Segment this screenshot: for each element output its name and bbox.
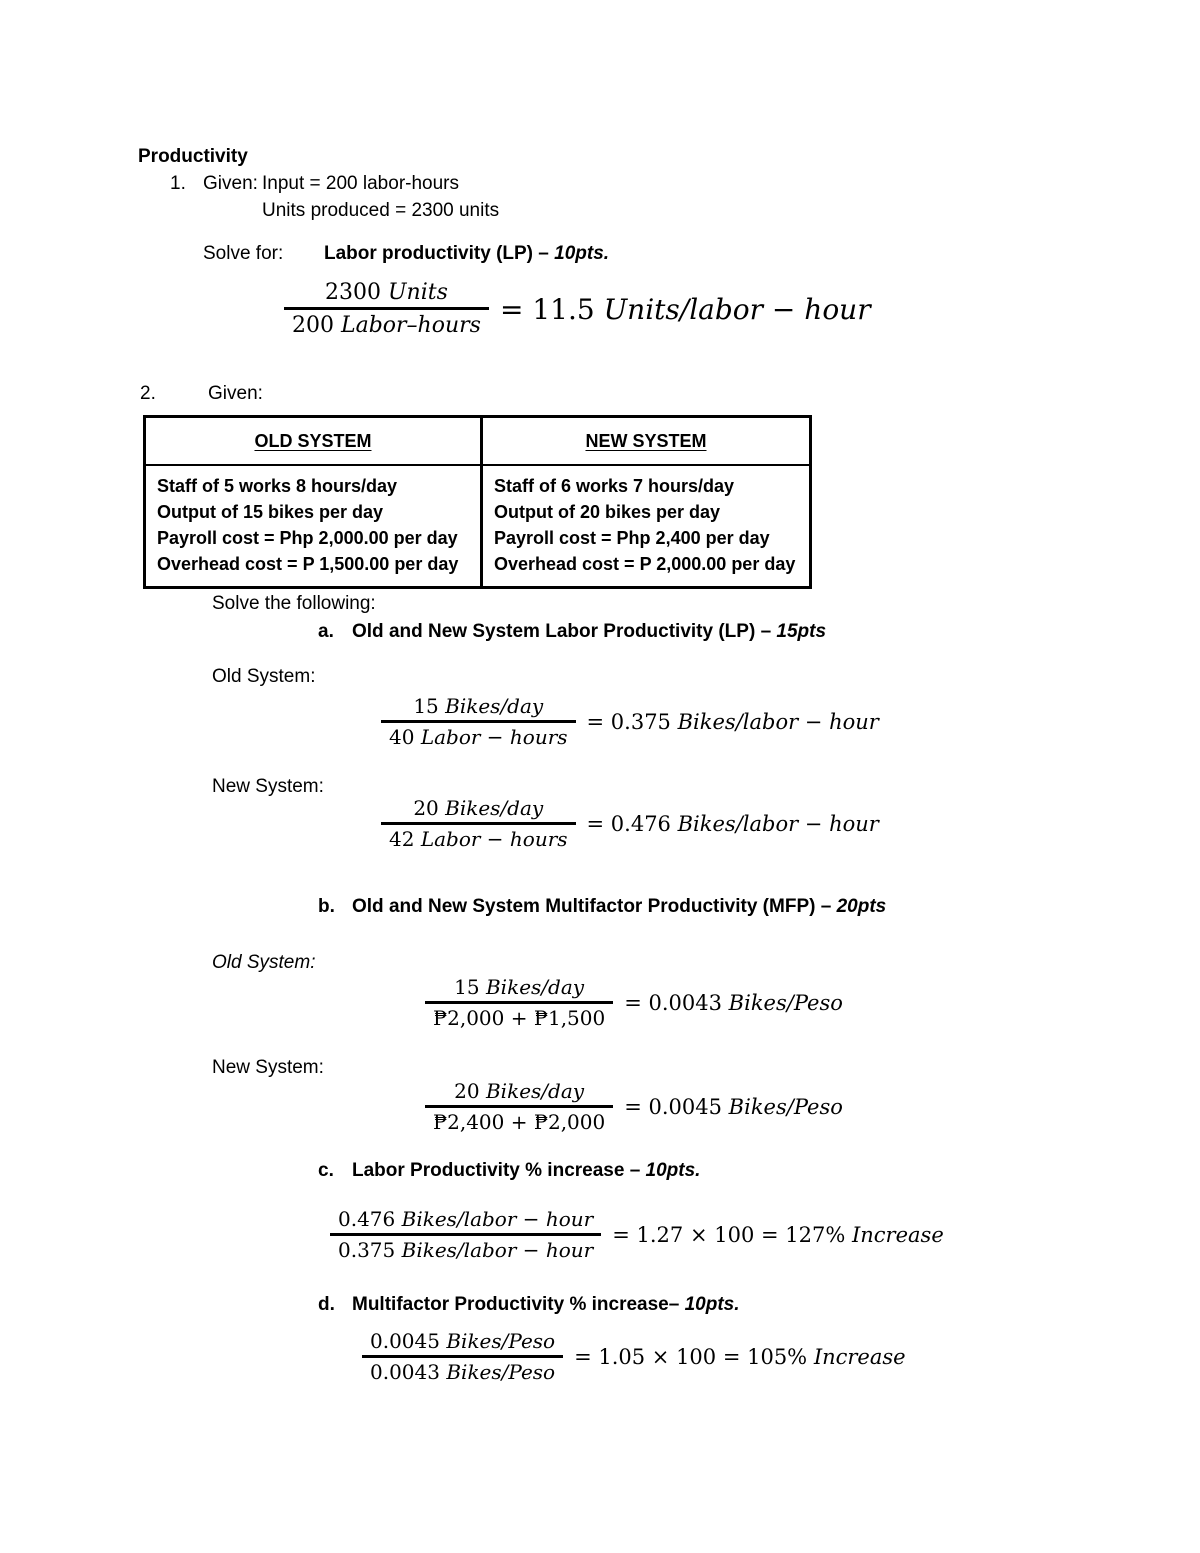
equation-numerator: 15 Bikes/day — [425, 976, 613, 1004]
equation-result: = 0.375 Bikes/labor − hour — [587, 710, 879, 734]
old-system-line-1: Staff of 5 works 8 hours/day — [157, 473, 468, 499]
equation-denominator: 40 Labor − hours — [381, 723, 576, 749]
problem1-task-points: 10pts. — [554, 243, 609, 264]
part-b-heading: Old and New System Multifactor Productiv… — [352, 896, 886, 918]
document-page: Productivity 1. Given: Input = 200 labor… — [0, 0, 1200, 1553]
problem1-given-line-2: Units produced = 2300 units — [262, 200, 499, 222]
equation-mfp-old-system: 15 Bikes/day ₱2,000 + ₱1,500 = 0.0043 Bi… — [425, 976, 843, 1030]
equation-denominator: 0.375 Bikes/labor − hour — [330, 1236, 601, 1262]
page-title: Productivity — [138, 146, 248, 168]
systems-comparison-table: OLD SYSTEM NEW SYSTEM Staff of 5 works 8… — [143, 415, 812, 589]
problem1-task: Labor productivity (LP) – 10pts. — [324, 243, 609, 265]
solve-following-label: Solve the following: — [212, 593, 376, 615]
equation-mfp-percent-increase: 0.0045 Bikes/Peso 0.0043 Bikes/Peso = 1.… — [362, 1330, 906, 1384]
new-system-line-3: Payroll cost = Php 2,400 per day — [494, 525, 797, 551]
table-header-old-system: OLD SYSTEM — [146, 418, 483, 466]
problem2-given-label: Given: — [208, 383, 263, 405]
equation-result: = 0.0045 Bikes/Peso — [624, 1095, 843, 1119]
equation-numerator: 20 Bikes/day — [425, 1080, 613, 1108]
old-system-line-2: Output of 15 bikes per day — [157, 499, 468, 525]
equation-numerator: 20 Bikes/day — [381, 797, 576, 825]
fraction: 0.0045 Bikes/Peso 0.0043 Bikes/Peso — [362, 1330, 563, 1384]
new-system-label-b: New System: — [212, 1057, 324, 1079]
equation-numerator: 15 Bikes/day — [381, 695, 576, 723]
part-c-letter: c. — [318, 1160, 334, 1182]
equation-denominator: ₱2,000 + ₱1,500 — [425, 1004, 613, 1030]
table-cell-new-system: Staff of 6 works 7 hours/day Output of 2… — [483, 466, 809, 586]
equation-result: = 0.0043 Bikes/Peso — [624, 991, 843, 1015]
part-d-heading: Multifactor Productivity % increase– 10p… — [352, 1294, 740, 1316]
fraction: 2300 Units 200 Labor–hours — [284, 280, 489, 338]
equation-result: = 1.05 × 100 = 105% Increase — [574, 1345, 906, 1369]
fraction: 15 Bikes/day 40 Labor − hours — [381, 695, 576, 749]
equation-denominator: 42 Labor − hours — [381, 825, 576, 851]
table-header-row: OLD SYSTEM NEW SYSTEM — [146, 418, 809, 466]
old-system-line-4: Overhead cost = P 1,500.00 per day — [157, 551, 468, 577]
problem1-number: 1. — [170, 173, 186, 195]
equation-denominator: 200 Labor–hours — [284, 310, 489, 338]
part-b-letter: b. — [318, 896, 335, 918]
table-body-row: Staff of 5 works 8 hours/day Output of 1… — [146, 466, 809, 586]
part-d-letter: d. — [318, 1294, 335, 1316]
equation-result: = 0.476 Bikes/labor − hour — [587, 812, 879, 836]
part-a-letter: a. — [318, 621, 334, 643]
equation-labor-productivity: 2300 Units 200 Labor–hours = 11.5 Units/… — [284, 280, 871, 338]
equation-lp-new-system: 20 Bikes/day 42 Labor − hours = 0.476 Bi… — [381, 797, 879, 851]
problem1-task-sep: – — [533, 243, 554, 264]
equation-lp-old-system: 15 Bikes/day 40 Labor − hours = 0.375 Bi… — [381, 695, 879, 749]
part-a-heading: Old and New System Labor Productivity (L… — [352, 621, 826, 643]
fraction: 20 Bikes/day ₱2,400 + ₱2,000 — [425, 1080, 613, 1134]
equation-mfp-new-system: 20 Bikes/day ₱2,400 + ₱2,000 = 0.0045 Bi… — [425, 1080, 843, 1134]
equation-denominator: 0.0043 Bikes/Peso — [362, 1358, 563, 1384]
old-system-label-b: Old System: — [212, 952, 315, 974]
equation-result: = 11.5 Units/labor − hour — [500, 293, 871, 326]
equation-denominator: ₱2,400 + ₱2,000 — [425, 1108, 613, 1134]
fraction: 20 Bikes/day 42 Labor − hours — [381, 797, 576, 851]
equation-numerator: 0.476 Bikes/labor − hour — [330, 1208, 601, 1236]
equation-numerator: 0.0045 Bikes/Peso — [362, 1330, 563, 1358]
table-header-new-system: NEW SYSTEM — [483, 418, 809, 466]
new-system-line-4: Overhead cost = P 2,000.00 per day — [494, 551, 797, 577]
equation-lp-percent-increase: 0.476 Bikes/labor − hour 0.375 Bikes/lab… — [330, 1208, 944, 1262]
problem1-solve-label: Solve for: — [203, 243, 283, 265]
problem2-number: 2. — [140, 383, 156, 405]
problem1-task-title: Labor productivity (LP) — [324, 243, 533, 264]
problem1-given-line-1: Input = 200 labor-hours — [262, 173, 459, 195]
equation-result: = 1.27 × 100 = 127% Increase — [612, 1223, 944, 1247]
table-cell-old-system: Staff of 5 works 8 hours/day Output of 1… — [146, 466, 483, 586]
new-system-line-1: Staff of 6 works 7 hours/day — [494, 473, 797, 499]
fraction: 0.476 Bikes/labor − hour 0.375 Bikes/lab… — [330, 1208, 601, 1262]
part-c-heading: Labor Productivity % increase – 10pts. — [352, 1160, 700, 1182]
new-system-line-2: Output of 20 bikes per day — [494, 499, 797, 525]
old-system-label-a: Old System: — [212, 666, 315, 688]
fraction: 15 Bikes/day ₱2,000 + ₱1,500 — [425, 976, 613, 1030]
problem1-given-label: Given: — [203, 173, 258, 195]
old-system-line-3: Payroll cost = Php 2,000.00 per day — [157, 525, 468, 551]
equation-numerator: 2300 Units — [284, 280, 489, 310]
new-system-label-a: New System: — [212, 776, 324, 798]
